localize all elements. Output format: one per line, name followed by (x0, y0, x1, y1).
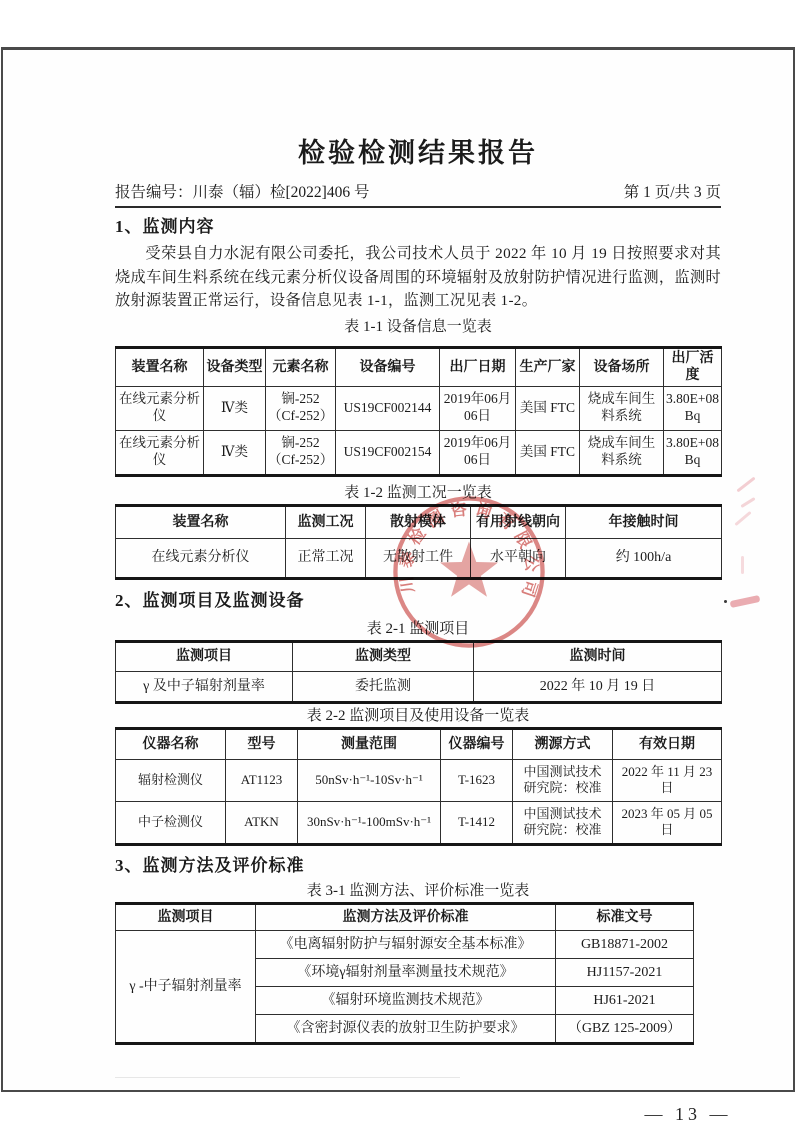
ink-dot (724, 600, 727, 603)
cell: 美国 FTC (516, 386, 580, 430)
table-header-row: 仪器名称 型号 测量范围 仪器编号 溯源方式 有效日期 (116, 728, 722, 759)
table-2-1-caption: 表 2-1 监测项目 (115, 618, 721, 640)
column-header: 有效日期 (613, 728, 722, 759)
cell: 正常工况 (286, 538, 366, 578)
column-header: 设备编号 (336, 347, 440, 386)
scan-bleed-line (115, 1077, 460, 1078)
cell: 烧成车间生 料系统 (580, 430, 664, 475)
cell: HJ1157-2021 (556, 958, 694, 986)
cell: 3.80E+08 Bq (664, 430, 722, 475)
table-row: 在线元素分析仪 正常工况 无散射工件 水平朝向 约 100h/a (116, 538, 722, 578)
cell: T-1412 (441, 801, 513, 844)
section-3-heading: 3、监测方法及评价标准 (115, 854, 721, 878)
column-header: 生产厂家 (516, 347, 580, 386)
column-header: 监测工况 (286, 505, 366, 538)
column-header: 监测类型 (293, 641, 474, 671)
page-number: — 13 — (608, 1104, 768, 1125)
cell: 50nSv·h⁻¹-10Sv·h⁻¹ (298, 759, 441, 801)
cell: 在线元素分析仪 (116, 386, 204, 430)
cell: 《含密封源仪表的放射卫生防护要求》 (256, 1014, 556, 1043)
table-row: 在线元素分析仪 Ⅳ类 锎-252 （Cf-252） US19CF002154 2… (116, 430, 722, 475)
ink-smudge (741, 556, 744, 574)
page-content: 检验检测结果报告 报告编号：川泰（辐）检[2022]406 号 第 1 页/共 … (115, 50, 721, 1045)
table-row: 中子检测仪 ATKN 30nSv·h⁻¹-100mSv·h⁻¹ T-1412 中… (116, 801, 722, 844)
cell: ATKN (226, 801, 298, 844)
column-header: 仪器编号 (441, 728, 513, 759)
cell: 约 100h/a (566, 538, 722, 578)
section-1-heading: 1、监测内容 (115, 215, 721, 239)
table-1-2-caption: 表 1-2 监测工况一览表 (115, 482, 721, 504)
table-row: γ -中子辐射剂量率 《电离辐射防护与辐射源安全基本标准》 GB18871-20… (116, 930, 694, 958)
table-row: γ 及中子辐射剂量率 委托监测 2022 年 10 月 19 日 (116, 671, 722, 702)
cell: 2019年06月 06日 (440, 430, 516, 475)
cell: 烧成车间生 料系统 (580, 386, 664, 430)
column-header: 设备场所 (580, 347, 664, 386)
table-1-1-caption: 表 1-1 设备信息一览表 (115, 316, 721, 338)
cell: HJ61-2021 (556, 986, 694, 1014)
column-header: 装置名称 (116, 347, 204, 386)
page-indicator: 第 1 页/共 3 页 (624, 183, 721, 203)
cell: Ⅳ类 (204, 430, 266, 475)
table-3-1-caption: 表 3-1 监测方法、评价标准一览表 (115, 880, 721, 902)
cell: 在线元素分析仪 (116, 430, 204, 475)
column-header: 监测项目 (116, 903, 256, 930)
column-header: 监测项目 (116, 641, 293, 671)
column-header: 溯源方式 (513, 728, 613, 759)
column-header: 散射模体 (366, 505, 471, 538)
report-number: 报告编号：川泰（辐）检[2022]406 号 (115, 183, 369, 203)
table-monitoring-items: 监测项目 监测类型 监测时间 γ 及中子辐射剂量率 委托监测 2022 年 10… (115, 640, 722, 704)
table-header-row: 装置名称 设备类型 元素名称 设备编号 出厂日期 生产厂家 设备场所 出厂活度 (116, 347, 722, 386)
cell: 2022 年 10 月 19 日 (474, 671, 722, 702)
cell: 在线元素分析仪 (116, 538, 286, 578)
table-header-row: 监测项目 监测类型 监测时间 (116, 641, 722, 671)
report-header-line: 报告编号：川泰（辐）检[2022]406 号 第 1 页/共 3 页 (115, 183, 721, 208)
column-header: 设备类型 (204, 347, 266, 386)
scanned-page-frame: 检验检测结果报告 报告编号：川泰（辐）检[2022]406 号 第 1 页/共 … (1, 47, 795, 1092)
cell: Ⅳ类 (204, 386, 266, 430)
table-row: 辐射检测仪 AT1123 50nSv·h⁻¹-10Sv·h⁻¹ T-1623 中… (116, 759, 722, 801)
cell: US19CF002144 (336, 386, 440, 430)
table-row: 在线元素分析仪 Ⅳ类 锎-252 （Cf-252） US19CF002144 2… (116, 386, 722, 430)
table-2-2-caption: 表 2-2 监测项目及使用设备一览表 (115, 705, 721, 727)
cell: GB18871-2002 (556, 930, 694, 958)
cell: T-1623 (441, 759, 513, 801)
column-header: 装置名称 (116, 505, 286, 538)
merged-item-cell: γ -中子辐射剂量率 (116, 930, 256, 1043)
column-header: 有用射线朝向 (471, 505, 566, 538)
cell: 2023 年 05 月 05 日 (613, 801, 722, 844)
column-header: 仪器名称 (116, 728, 226, 759)
cell: 水平朝向 (471, 538, 566, 578)
section-2-heading: 2、监测项目及监测设备 (115, 589, 721, 613)
column-header: 出厂日期 (440, 347, 516, 386)
table-header-row: 装置名称 监测工况 散射模体 有用射线朝向 年接触时间 (116, 505, 722, 538)
cell: 30nSv·h⁻¹-100mSv·h⁻¹ (298, 801, 441, 844)
cell: 锎-252 （Cf-252） (266, 430, 336, 475)
cell: 中国测试技术 研究院：校准 (513, 801, 613, 844)
cell: 美国 FTC (516, 430, 580, 475)
cell: 辐射检测仪 (116, 759, 226, 801)
table-equipment-info: 装置名称 设备类型 元素名称 设备编号 出厂日期 生产厂家 设备场所 出厂活度 … (115, 346, 722, 477)
cell: 无散射工件 (366, 538, 471, 578)
cell: 中国测试技术 研究院：校准 (513, 759, 613, 801)
table-header-row: 监测项目 监测方法及评价标准 标准文号 (116, 903, 694, 930)
column-header: 年接触时间 (566, 505, 722, 538)
section-1-paragraph: 受荣县自力水泥有限公司委托，我公司技术人员于 2022 年 10 月 19 日按… (115, 242, 721, 313)
cell: 《电离辐射防护与辐射源安全基本标准》 (256, 930, 556, 958)
column-header: 标准文号 (556, 903, 694, 930)
table-monitoring-conditions: 装置名称 监测工况 散射模体 有用射线朝向 年接触时间 在线元素分析仪 正常工况… (115, 504, 722, 580)
cell: US19CF002154 (336, 430, 440, 475)
table-monitoring-devices: 仪器名称 型号 测量范围 仪器编号 溯源方式 有效日期 辐射检测仪 AT1123… (115, 727, 722, 846)
column-header: 监测方法及评价标准 (256, 903, 556, 930)
cell: 锎-252 （Cf-252） (266, 386, 336, 430)
cell: 《辐射环境监测技术规范》 (256, 986, 556, 1014)
cell: （GBZ 125-2009） (556, 1014, 694, 1043)
cell: 3.80E+08 Bq (664, 386, 722, 430)
column-header: 测量范围 (298, 728, 441, 759)
table-methods-standards: 监测项目 监测方法及评价标准 标准文号 γ -中子辐射剂量率 《电离辐射防护与辐… (115, 902, 694, 1045)
cell: 《环境γ辐射剂量率测量技术规范》 (256, 958, 556, 986)
page-title: 检验检测结果报告 (115, 136, 721, 170)
cell: AT1123 (226, 759, 298, 801)
cell: 中子检测仪 (116, 801, 226, 844)
column-header: 监测时间 (474, 641, 722, 671)
column-header: 元素名称 (266, 347, 336, 386)
cell: 2019年06月 06日 (440, 386, 516, 430)
cell: 委托监测 (293, 671, 474, 702)
cell: 2022 年 11 月 23 日 (613, 759, 722, 801)
cell: γ 及中子辐射剂量率 (116, 671, 293, 702)
column-header: 型号 (226, 728, 298, 759)
column-header: 出厂活度 (664, 347, 722, 386)
